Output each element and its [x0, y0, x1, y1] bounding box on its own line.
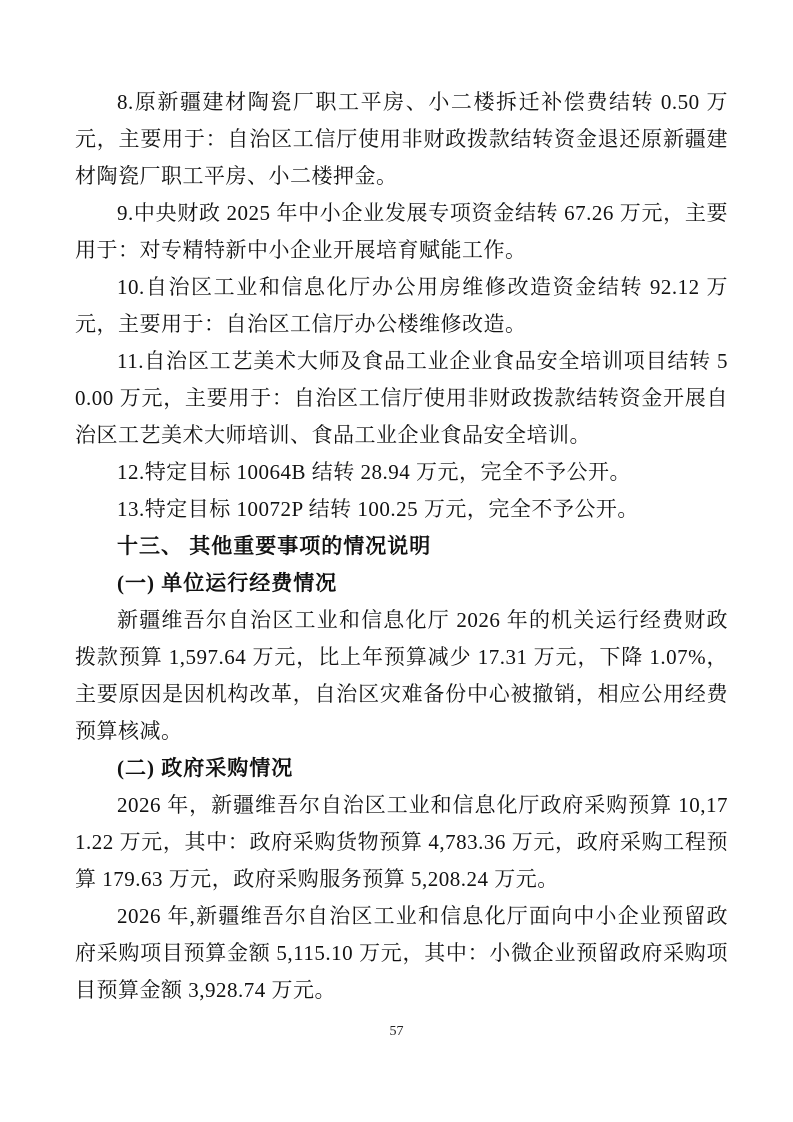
- subsection-heading-unit-operating-cost: (一) 单位运行经费情况: [75, 565, 728, 602]
- subsection-heading-government-procurement: (二) 政府采购情况: [75, 750, 728, 787]
- section-heading-other-important-matters: 十三、 其他重要事项的情况说明: [75, 528, 728, 565]
- paragraph-item-11: 11.自治区工艺美术大师及食品工业企业食品安全培训项目结转 50.00 万元，主…: [75, 343, 728, 454]
- paragraph-item-10: 10.自治区工业和信息化厅办公用房维修改造资金结转 92.12 万元，主要用于：…: [75, 269, 728, 343]
- paragraph-sme-reserved-procurement: 2026 年,新疆维吾尔自治区工业和信息化厅面向中小企业预留政府采购项目预算金额…: [75, 898, 728, 1009]
- document-content: 8.原新疆建材陶瓷厂职工平房、小二楼拆迁补偿费结转 0.50 万元，主要用于：自…: [75, 84, 728, 1009]
- paragraph-item-8: 8.原新疆建材陶瓷厂职工平房、小二楼拆迁补偿费结转 0.50 万元，主要用于：自…: [75, 84, 728, 195]
- paragraph-procurement-budget: 2026 年，新疆维吾尔自治区工业和信息化厅政府采购预算 10,171.22 万…: [75, 787, 728, 898]
- paragraph-unit-operating-cost: 新疆维吾尔自治区工业和信息化厅 2026 年的机关运行经费财政拨款预算 1,59…: [75, 602, 728, 750]
- document-page: 8.原新疆建材陶瓷厂职工平房、小二楼拆迁补偿费结转 0.50 万元，主要用于：自…: [0, 0, 793, 1122]
- page-number: 57: [0, 1022, 793, 1042]
- paragraph-item-12: 12.特定目标 10064B 结转 28.94 万元，完全不予公开。: [75, 454, 728, 491]
- paragraph-item-13: 13.特定目标 10072P 结转 100.25 万元，完全不予公开。: [75, 491, 728, 528]
- paragraph-item-9: 9.中央财政 2025 年中小企业发展专项资金结转 67.26 万元，主要用于：…: [75, 195, 728, 269]
